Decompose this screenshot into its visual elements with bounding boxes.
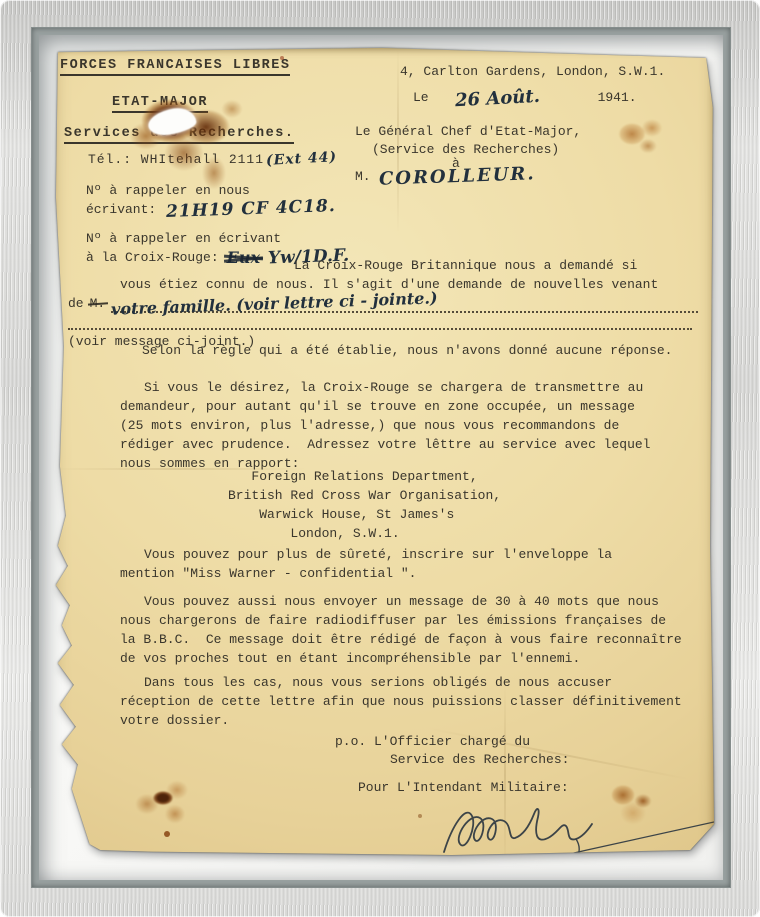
date-year: 1941. bbox=[598, 88, 637, 107]
date-handwritten: 26 Août. bbox=[454, 87, 540, 110]
ref-self-label-2: écrivant: bbox=[86, 200, 156, 219]
sender-address: 4, Carlton Gardens, London, S.W.1. bbox=[400, 62, 665, 81]
date-line: Le 26 Août. 1941. bbox=[413, 88, 637, 107]
letter-paper: FORCES FRANCAISES LIBRES ETAT-MAJOR Serv… bbox=[52, 48, 714, 886]
org-title: FORCES FRANCAISES LIBRES bbox=[60, 56, 290, 75]
closing-line1: p.o. L'Officier chargé du bbox=[335, 732, 530, 751]
paragraph-1-struck-m: M. bbox=[90, 294, 106, 313]
paragraph-1-line1: La Croix-Rouge Britannique nous a demand… bbox=[68, 256, 698, 275]
date-prefix: Le bbox=[413, 88, 429, 107]
letter-paper-wrap: FORCES FRANCAISES LIBRES ETAT-MAJOR Serv… bbox=[0, 0, 760, 917]
service-title: Services des Recherches. bbox=[64, 124, 294, 143]
phone-extension-handwritten: (Ext 44) bbox=[266, 148, 338, 171]
recipient-name-handwritten: COROLLEUR. bbox=[378, 164, 535, 188]
ref-redcross-label-1: Nº à rappeler en écrivant bbox=[86, 229, 349, 248]
division-title-text: ETAT-MAJOR bbox=[112, 95, 208, 113]
sender-title-line2: (Service des Recherches) bbox=[372, 140, 559, 159]
service-title-text: Services des Recherches. bbox=[64, 126, 294, 144]
framed-letter-scan: FORCES FRANCAISES LIBRES ETAT-MAJOR Serv… bbox=[0, 0, 760, 917]
division-title: ETAT-MAJOR bbox=[112, 93, 208, 112]
recipient-prefix: M. bbox=[355, 167, 371, 186]
org-title-text: FORCES FRANCAISES LIBRES bbox=[60, 58, 290, 76]
ink-stain-bottom-left bbox=[125, 770, 210, 845]
closing-line2: Service des Recherches: bbox=[390, 750, 569, 769]
paragraph-4: Vous pouvez pour plus de sûreté, inscrir… bbox=[120, 545, 705, 583]
paragraph-1: La Croix-Rouge Britannique nous a demand… bbox=[68, 256, 698, 351]
recipient-line: M. COROLLEUR. bbox=[355, 167, 535, 186]
ref-self-value-handwritten: 21H19 CF 4C18. bbox=[166, 197, 336, 222]
ref-self-block: Nº à rappeler en nous écrivant: 21H19 CF… bbox=[86, 181, 336, 219]
paragraph-1-line3: de M. votre famille. (voir lettre ci - j… bbox=[68, 294, 698, 313]
red-cross-address-block: Foreign Relations Department, British Re… bbox=[228, 467, 501, 543]
signature-scrawl bbox=[382, 786, 727, 891]
ink-stain-top-right bbox=[610, 108, 672, 164]
paragraph-6: Dans tous les cas, nous vous serions obl… bbox=[120, 673, 710, 730]
paragraph-2: Selon la règle qui a été établie, nous n… bbox=[120, 341, 700, 360]
paragraph-3: Si vous le désirez, la Croix-Rouge se ch… bbox=[120, 378, 705, 473]
paper-speck bbox=[164, 831, 170, 837]
phone-number: Tél.: WHItehall 2111 bbox=[88, 150, 264, 169]
sender-title-line1: Le Général Chef d'Etat-Major, bbox=[355, 122, 581, 141]
phone-line: Tél.: WHItehall 2111 (Ext 44) bbox=[88, 150, 337, 169]
paragraph-1-line3-prefix: de bbox=[68, 294, 84, 313]
paragraph-5: Vous pouvez aussi nous envoyer un messag… bbox=[120, 592, 710, 668]
